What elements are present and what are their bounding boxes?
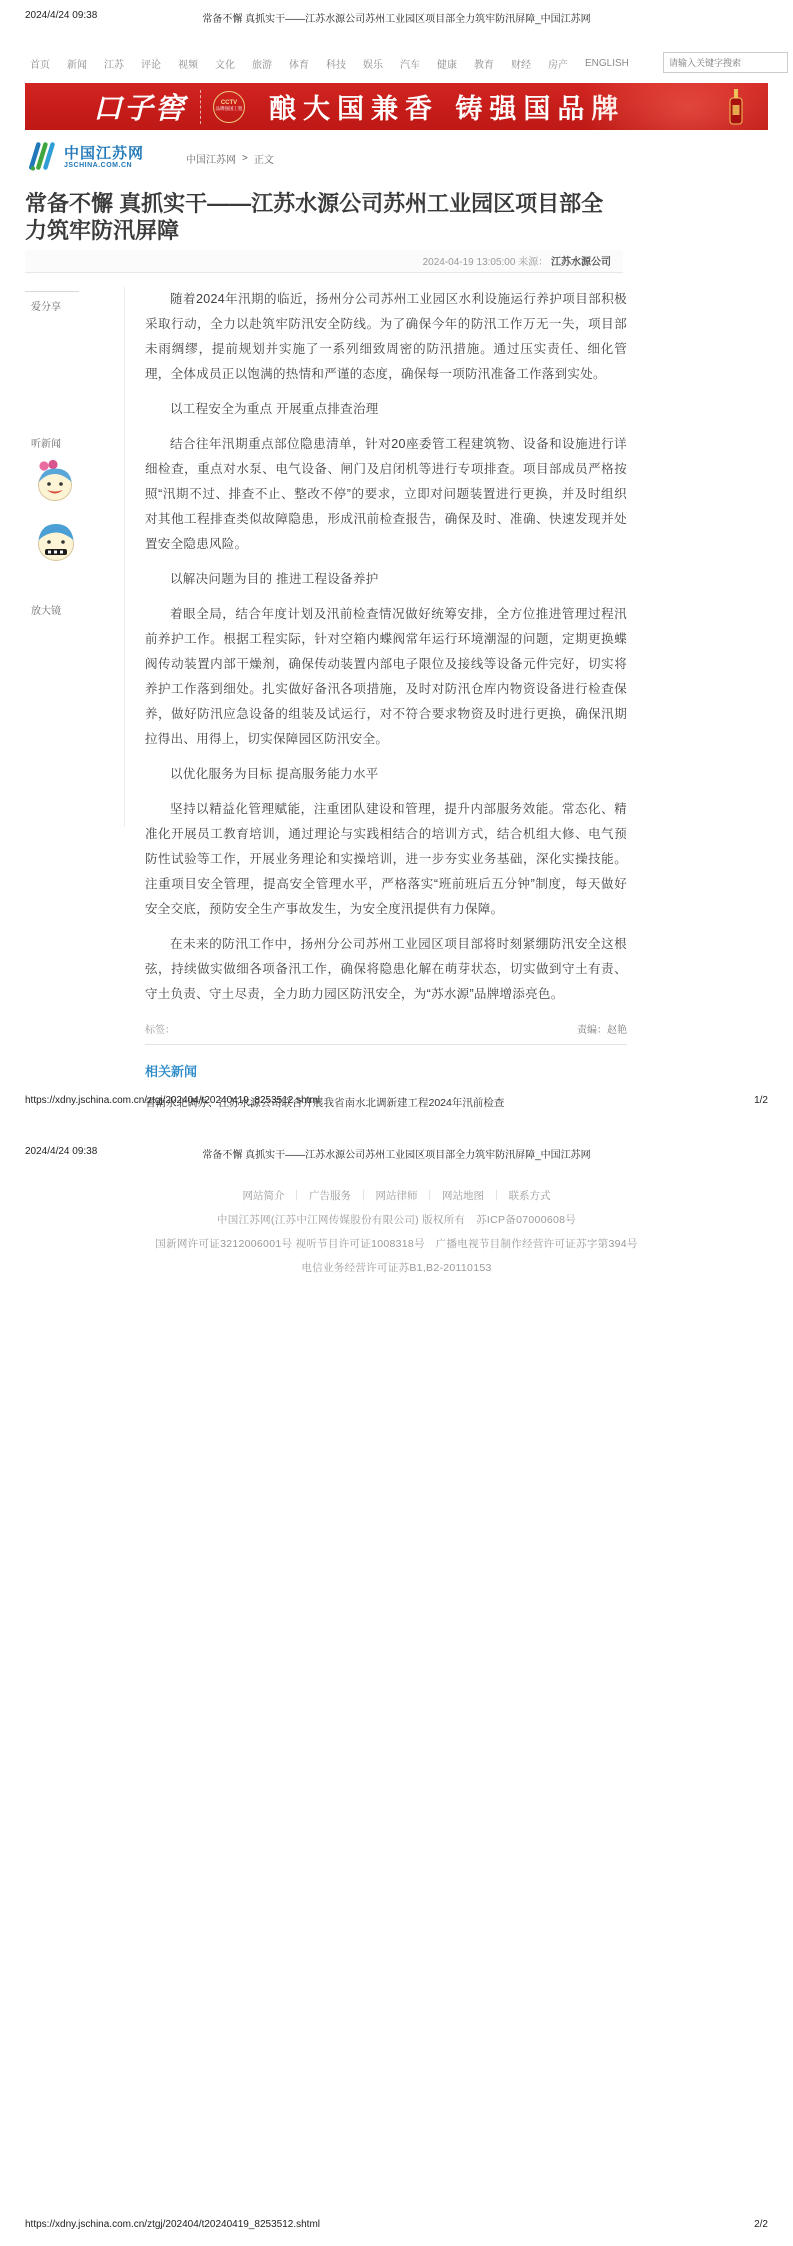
sidebar-spacer — [25, 313, 124, 429]
print-preview-sheet: 2024/4/24 09:38 常备不懈 真抓实干——江苏水源公司苏州工业园区项… — [0, 0, 793, 2246]
article-paragraph: 以解决问题为目的 推进工程设备养护 — [145, 567, 627, 592]
article-title: 常备不懈 真抓实干——江苏水源公司苏州工业园区项目部全力筑牢防汛屏障 — [25, 190, 625, 244]
breadcrumb-current: 正文 — [254, 151, 274, 166]
nav-item[interactable]: 江苏 — [104, 56, 124, 71]
search-input[interactable] — [663, 52, 788, 73]
print-doc-title: 常备不懈 真抓实干——江苏水源公司苏州工业园区项目部全力筑牢防汛屏障_中国江苏网 — [0, 10, 793, 25]
jschina-logo-icon — [25, 140, 57, 177]
publish-time: 2024-04-19 13:05:00 — [423, 257, 516, 268]
print-footer-page2: https://xdny.jschina.com.cn/ztgj/202404/… — [25, 2219, 768, 2230]
banner-ad[interactable]: 口子窖 CCTV 品牌强国工程 酿大国兼香 铸强国品牌 — [25, 83, 768, 130]
share-sidebar: 爱分享 听新闻 — [25, 287, 125, 827]
nav-item[interactable]: 体育 — [289, 56, 309, 71]
editor-credit: 责编：赵艳 — [577, 1021, 627, 1036]
breadcrumb-separator: > — [242, 153, 248, 164]
telecom-license-line: 电信业务经营许可证苏B1,B2-20110153 — [0, 1260, 793, 1275]
nav-item[interactable]: 教育 — [474, 56, 494, 71]
site-top-bar: 首页新闻江苏评论视频文化旅游体育科技娱乐汽车健康教育财经房产ENGLISH — [25, 52, 768, 74]
article-paragraphs: 随着2024年汛期的临近，扬州分公司苏州工业园区水利设施运行养护项目部积极采取行… — [145, 287, 627, 1007]
print-url: https://xdny.jschina.com.cn/ztgj/202404/… — [25, 2219, 320, 2230]
site-name: 中国江苏网 — [64, 146, 144, 163]
nav-item[interactable]: 房产 — [548, 56, 568, 71]
masthead: 中国江苏网 JSCHINA.COM.CN 中国江苏网 > 正文 — [25, 138, 768, 178]
banner-divider — [200, 90, 201, 124]
tags-editor-row: 标签： 责编：赵艳 — [145, 1021, 627, 1045]
article-body: 随着2024年汛期的临近，扬州分公司苏州工业园区水利设施运行养护项目部积极采取行… — [145, 287, 627, 1122]
nav-item[interactable]: 汽车 — [400, 56, 420, 71]
mascot-girl-icon[interactable] — [33, 458, 124, 509]
breadcrumb: 中国江苏网 > 正文 — [186, 151, 274, 166]
footer-links-row: 网站简介广告服务网站律师网站地图联系方式 — [0, 1188, 793, 1203]
print-doc-title: 常备不懈 真抓实干——江苏水源公司苏州工业园区项目部全力筑牢防汛屏障_中国江苏网 — [0, 1146, 793, 1161]
article-paragraph: 以工程安全为重点 开展重点排查治理 — [145, 397, 627, 422]
tags-label: 标签： — [145, 1021, 175, 1036]
top-nav: 首页新闻江苏评论视频文化旅游体育科技娱乐汽车健康教育财经房产ENGLISH — [25, 52, 768, 71]
license-line: 国新网许可证3212006001号 视听节目许可证1008318号 广播电视节目… — [0, 1236, 793, 1251]
nav-item[interactable]: 旅游 — [252, 56, 272, 71]
footer-link[interactable]: 网站简介 — [243, 1188, 310, 1203]
share-label: 爱分享 — [25, 291, 79, 313]
source-name: 江苏水源公司 — [551, 257, 611, 268]
mascot-boy-icon[interactable] — [33, 517, 124, 570]
nav-item[interactable]: 文化 — [215, 56, 235, 71]
nav-item[interactable]: 科技 — [326, 56, 346, 71]
print-timestamp: 2024/4/24 09:38 — [25, 10, 97, 21]
page-indicator: 2/2 — [754, 2219, 768, 2230]
breadcrumb-site-link[interactable]: 中国江苏网 — [186, 151, 236, 166]
nav-item[interactable]: 视频 — [178, 56, 198, 71]
logo-text-block: 中国江苏网 JSCHINA.COM.CN — [64, 146, 144, 170]
nav-item[interactable]: ENGLISH — [585, 58, 629, 69]
cctv-badge-line2: 品牌强国工程 — [216, 107, 243, 112]
related-news-heading: 相关新闻 — [145, 1061, 627, 1080]
print-url: https://xdny.jschina.com.cn/ztgj/202404/… — [25, 1095, 320, 1106]
print-footer-page1: https://xdny.jschina.com.cn/ztgj/202404/… — [25, 1095, 768, 1106]
nav-item[interactable]: 评论 — [141, 56, 161, 71]
print-page-2: 2024/4/24 09:38 常备不懈 真抓实干——江苏水源公司苏州工业园区项… — [0, 1122, 793, 2246]
footer-link[interactable]: 联系方式 — [509, 1188, 551, 1203]
nav-item[interactable]: 财经 — [511, 56, 531, 71]
banner-slogan: 酿大国兼香 铸强国品牌 — [269, 87, 625, 126]
bottle-icon — [728, 89, 744, 130]
print-header: 2024/4/24 09:38 常备不懈 真抓实干——江苏水源公司苏州工业园区项… — [0, 10, 793, 26]
site-footer-block: 网站简介广告服务网站律师网站地图联系方式 中国江苏网(江苏中江网传媒股份有限公司… — [0, 1188, 793, 1275]
print-header-page2: 2024/4/24 09:38 常备不懈 真抓实干——江苏水源公司苏州工业园区项… — [0, 1146, 793, 1162]
listen-news-label: 听新闻 — [25, 429, 79, 450]
banner-brand-name: 口子窖 — [93, 86, 186, 127]
article-paragraph: 以优化服务为目标 提高服务能力水平 — [145, 762, 627, 787]
nav-item[interactable]: 娱乐 — [363, 56, 383, 71]
footer-link[interactable]: 网站律师 — [376, 1188, 443, 1203]
article-paragraph: 随着2024年汛期的临近，扬州分公司苏州工业园区水利设施运行养护项目部积极采取行… — [145, 287, 627, 387]
source-label: 来源： — [518, 257, 548, 268]
magnifier-label: 放大镜 — [25, 596, 79, 617]
nav-item[interactable]: 新闻 — [67, 56, 87, 71]
site-logo[interactable]: 中国江苏网 JSCHINA.COM.CN — [25, 140, 144, 177]
footer-link[interactable]: 网站地图 — [442, 1188, 509, 1203]
footer-link[interactable]: 广告服务 — [309, 1188, 376, 1203]
nav-item[interactable]: 首页 — [30, 56, 50, 71]
article-meta-bar: 2024-04-19 13:05:00 来源： 江苏水源公司 — [25, 250, 623, 273]
print-page-1: 2024/4/24 09:38 常备不懈 真抓实干——江苏水源公司苏州工业园区项… — [0, 0, 793, 1122]
article-content-row: 爱分享 听新闻 — [25, 287, 768, 1122]
nav-item[interactable]: 健康 — [437, 56, 457, 71]
site-domain: JSCHINA.COM.CN — [64, 162, 144, 170]
print-timestamp: 2024/4/24 09:38 — [25, 1146, 97, 1157]
page-indicator: 1/2 — [754, 1095, 768, 1106]
related-news-section: 相关新闻 省南水北调办、江苏水源公司联合开展我省南水北调新建工程2024年汛前检… — [145, 1061, 627, 1122]
article-paragraph: 在未来的防汛工作中，扬州分公司苏州工业园区项目部将时刻紧绷防汛安全这根弦，持续做… — [145, 932, 627, 1007]
article-paragraph: 结合往年汛期重点部位隐患清单，针对20座委管工程建筑物、设备和设施进行详细检查，… — [145, 432, 627, 557]
article-paragraph: 坚持以精益化管理赋能，注重团队建设和管理，提升内部服务效能。常态化、精准化开展员… — [145, 797, 627, 922]
cctv-brand-badge-icon: CCTV 品牌强国工程 — [213, 91, 245, 123]
article-paragraph: 着眼全局，结合年度计划及汛前检查情况做好统筹安排，全方位推进管理过程汛前养护工作… — [145, 602, 627, 752]
copyright-line: 中国江苏网(江苏中江网传媒股份有限公司) 版权所有 苏ICP备07000608号 — [0, 1212, 793, 1227]
